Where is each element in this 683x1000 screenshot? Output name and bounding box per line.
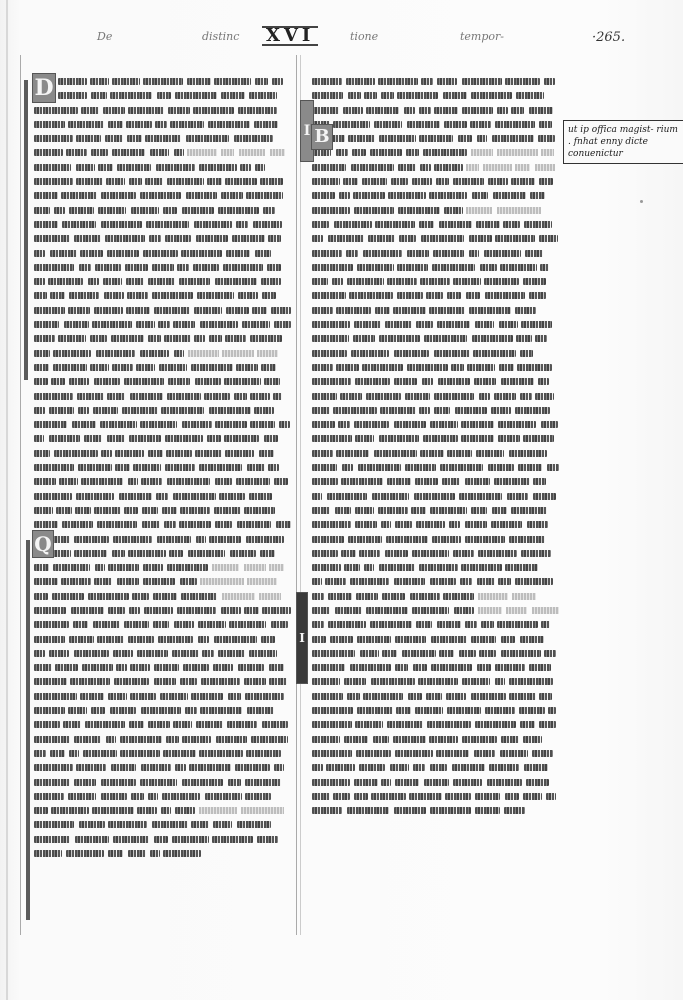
word <box>74 650 110 657</box>
page-edge <box>6 0 8 1000</box>
word <box>328 235 364 242</box>
word <box>142 507 158 514</box>
word <box>112 550 125 557</box>
word <box>124 378 164 385</box>
text-line <box>34 231 292 245</box>
word <box>380 407 415 414</box>
word <box>221 607 241 614</box>
word <box>312 335 349 342</box>
text-line <box>312 145 560 159</box>
word <box>177 264 189 271</box>
word <box>471 92 512 99</box>
word <box>254 407 274 414</box>
word <box>471 693 506 700</box>
word <box>440 464 483 471</box>
word <box>52 593 84 600</box>
text-line <box>34 145 292 159</box>
word <box>355 507 374 514</box>
word <box>34 707 65 714</box>
word <box>116 664 127 671</box>
word <box>63 721 81 728</box>
word <box>264 378 280 385</box>
word <box>128 550 165 557</box>
word <box>462 736 497 743</box>
word <box>225 335 245 342</box>
word <box>82 664 113 671</box>
word <box>179 521 211 528</box>
word <box>262 292 276 299</box>
word <box>374 121 403 128</box>
word <box>474 378 497 385</box>
word <box>54 207 65 214</box>
text-line <box>312 746 560 760</box>
word <box>238 107 277 114</box>
word <box>193 107 234 114</box>
word <box>218 207 259 214</box>
word <box>379 135 416 142</box>
word <box>130 393 164 400</box>
word <box>333 407 377 414</box>
text-line <box>34 131 292 145</box>
word <box>471 636 496 643</box>
word <box>229 621 265 628</box>
text-line <box>34 317 292 331</box>
word <box>245 779 280 786</box>
text-line <box>312 131 560 145</box>
word <box>79 821 105 828</box>
word <box>246 750 281 757</box>
text-line <box>34 346 292 360</box>
word <box>129 721 144 728</box>
word <box>55 664 78 671</box>
text-line <box>34 217 292 231</box>
word <box>148 793 158 800</box>
word <box>453 178 484 185</box>
word <box>143 78 183 85</box>
word <box>444 207 462 214</box>
word <box>227 721 256 728</box>
word <box>107 393 125 400</box>
word <box>419 107 430 114</box>
word <box>165 435 204 442</box>
word <box>244 678 266 685</box>
word <box>433 250 464 257</box>
word <box>476 221 499 228</box>
word <box>312 421 335 428</box>
word <box>209 407 251 414</box>
word <box>167 393 202 400</box>
word <box>125 264 149 271</box>
word <box>163 850 201 857</box>
word <box>407 364 448 371</box>
word <box>162 507 177 514</box>
word <box>163 750 196 757</box>
word <box>234 135 273 142</box>
text-line <box>312 474 560 488</box>
word <box>532 607 559 614</box>
text-line <box>34 260 292 274</box>
text-line <box>34 360 292 374</box>
word <box>191 821 209 828</box>
word <box>90 364 108 371</box>
word <box>224 435 259 442</box>
word <box>408 693 422 700</box>
text-line <box>34 689 292 703</box>
word <box>107 250 139 257</box>
word <box>34 378 48 385</box>
word <box>58 78 87 85</box>
word <box>113 650 134 657</box>
running-head-center-left: distinc <box>202 30 239 43</box>
word <box>161 407 204 414</box>
word <box>387 478 411 485</box>
word <box>250 421 275 428</box>
word <box>344 678 367 685</box>
word <box>74 736 101 743</box>
word <box>164 335 191 342</box>
word <box>145 135 181 142</box>
word <box>411 507 426 514</box>
word <box>222 593 256 600</box>
word <box>409 793 441 800</box>
word <box>194 335 204 342</box>
text-line <box>34 431 292 445</box>
word <box>236 364 258 371</box>
word <box>200 578 243 585</box>
word <box>431 664 472 671</box>
word <box>348 92 361 99</box>
word <box>97 521 138 528</box>
word <box>193 264 219 271</box>
word <box>539 178 554 185</box>
word <box>34 850 62 857</box>
word <box>312 664 345 671</box>
word <box>103 107 124 114</box>
word <box>259 450 274 457</box>
text-line <box>312 646 560 660</box>
word <box>34 464 74 471</box>
word <box>501 636 515 643</box>
word <box>359 550 380 557</box>
word <box>453 278 480 285</box>
word <box>181 250 222 257</box>
word <box>181 593 217 600</box>
word <box>74 779 96 786</box>
text-line <box>34 489 292 503</box>
word <box>129 435 161 442</box>
word <box>363 693 404 700</box>
word <box>477 664 491 671</box>
word <box>312 607 330 614</box>
word <box>247 464 265 471</box>
word <box>153 593 177 600</box>
word <box>34 207 50 214</box>
word <box>312 507 330 514</box>
word <box>34 693 77 700</box>
word <box>56 507 72 514</box>
word <box>348 135 374 142</box>
word <box>263 207 275 214</box>
word <box>406 149 419 156</box>
word <box>453 779 482 786</box>
word <box>179 278 210 285</box>
word <box>112 364 133 371</box>
word <box>466 164 478 171</box>
word <box>168 378 190 385</box>
word <box>108 607 124 614</box>
word <box>532 750 553 757</box>
word <box>497 149 538 156</box>
word <box>439 221 472 228</box>
text-line <box>34 817 292 831</box>
word <box>397 264 428 271</box>
word <box>548 707 556 714</box>
word <box>437 78 457 85</box>
text-line <box>312 160 560 174</box>
word <box>381 779 391 786</box>
word <box>495 664 524 671</box>
word <box>191 693 223 700</box>
word <box>342 464 353 471</box>
word <box>254 121 278 128</box>
word <box>105 135 123 142</box>
word <box>394 807 426 814</box>
word <box>186 192 218 199</box>
word <box>501 736 519 743</box>
word <box>101 450 112 457</box>
word <box>422 378 434 385</box>
word <box>451 364 464 371</box>
text-line <box>34 303 292 317</box>
word <box>336 307 371 314</box>
word <box>238 292 257 299</box>
word <box>108 693 126 700</box>
word <box>420 450 444 457</box>
word <box>128 107 164 114</box>
word <box>427 721 471 728</box>
word <box>413 764 426 771</box>
word <box>430 578 456 585</box>
word <box>34 235 70 242</box>
word <box>34 264 74 271</box>
word <box>431 636 467 643</box>
word <box>341 478 383 485</box>
word <box>343 107 363 114</box>
word <box>271 307 292 314</box>
word <box>399 235 415 242</box>
text-line <box>312 389 560 403</box>
word <box>143 578 175 585</box>
word <box>438 378 470 385</box>
word <box>200 321 238 328</box>
word <box>34 321 59 328</box>
word <box>34 107 78 114</box>
word <box>430 807 471 814</box>
word <box>347 278 384 285</box>
word <box>58 92 87 99</box>
word <box>520 721 534 728</box>
word <box>50 250 77 257</box>
word <box>50 750 65 757</box>
word <box>499 321 519 328</box>
word <box>445 793 471 800</box>
word <box>34 507 53 514</box>
word <box>148 450 162 457</box>
word <box>93 407 118 414</box>
text-line <box>34 517 292 531</box>
word <box>461 564 502 571</box>
word <box>158 636 193 643</box>
word <box>341 550 355 557</box>
word <box>259 593 282 600</box>
text-line <box>312 174 560 188</box>
word <box>34 821 74 828</box>
word <box>225 178 256 185</box>
word <box>149 235 161 242</box>
word <box>182 779 223 786</box>
word <box>143 564 164 571</box>
text-line <box>312 117 560 131</box>
word <box>398 164 417 171</box>
text-line <box>34 789 292 803</box>
word <box>34 650 45 657</box>
word <box>529 107 553 114</box>
word <box>352 149 366 156</box>
text-line <box>312 532 560 546</box>
word <box>312 393 337 400</box>
word <box>395 779 418 786</box>
word <box>34 278 45 285</box>
word <box>117 578 139 585</box>
word <box>174 350 185 357</box>
word <box>62 521 94 528</box>
word <box>328 593 352 600</box>
word <box>68 307 89 314</box>
text-line <box>34 417 292 431</box>
text-line <box>34 760 292 774</box>
word <box>241 807 284 814</box>
word <box>393 307 425 314</box>
word <box>474 750 496 757</box>
word <box>416 521 445 528</box>
word <box>213 664 232 671</box>
text-line <box>34 446 292 460</box>
word <box>353 192 385 199</box>
word <box>420 278 450 285</box>
word <box>382 593 405 600</box>
word <box>129 178 141 185</box>
word <box>479 650 496 657</box>
running-head-left: De <box>97 30 112 43</box>
word <box>34 250 45 257</box>
word <box>91 707 105 714</box>
word <box>212 836 253 843</box>
word <box>236 478 270 485</box>
word <box>108 121 123 128</box>
word <box>312 550 338 557</box>
word <box>34 350 50 357</box>
word <box>516 335 532 342</box>
word <box>544 78 555 85</box>
word <box>92 321 132 328</box>
word <box>356 750 391 757</box>
word <box>140 779 178 786</box>
word <box>475 721 516 728</box>
word <box>385 550 408 557</box>
word <box>153 621 169 628</box>
word <box>530 192 546 199</box>
word <box>213 821 232 828</box>
word <box>540 264 549 271</box>
word <box>257 836 279 843</box>
word <box>394 578 425 585</box>
word <box>188 550 225 557</box>
word <box>469 235 492 242</box>
word <box>272 78 283 85</box>
word <box>447 707 481 714</box>
text-line <box>34 532 292 546</box>
word <box>262 721 289 728</box>
word <box>421 235 465 242</box>
word <box>34 335 55 342</box>
text-line <box>312 374 560 388</box>
word <box>53 350 92 357</box>
word <box>519 707 545 714</box>
manuscript-page: De distinc tione tempor- XVI ·265. D Q I… <box>0 0 683 1000</box>
text-line <box>312 546 560 560</box>
word <box>359 764 386 771</box>
word <box>334 221 372 228</box>
running-head-right: tempor- <box>460 30 504 43</box>
word <box>195 378 221 385</box>
word <box>370 149 402 156</box>
word <box>90 335 107 342</box>
word <box>198 621 226 628</box>
word <box>541 149 554 156</box>
word <box>469 307 511 314</box>
word <box>98 207 126 214</box>
word <box>379 335 419 342</box>
word <box>141 764 171 771</box>
word <box>245 793 271 800</box>
text-line <box>34 103 292 117</box>
word <box>70 678 110 685</box>
word <box>385 321 412 328</box>
word <box>487 779 522 786</box>
word <box>205 793 242 800</box>
word <box>390 764 408 771</box>
text-line <box>34 660 292 674</box>
word <box>166 450 192 457</box>
word <box>394 421 427 428</box>
word <box>196 235 228 242</box>
word <box>235 764 271 771</box>
word <box>535 164 556 171</box>
word <box>395 750 432 757</box>
word <box>312 378 351 385</box>
word <box>478 607 502 614</box>
word <box>471 149 493 156</box>
word <box>209 335 222 342</box>
word <box>416 621 432 628</box>
text-line <box>312 603 560 617</box>
word <box>335 607 362 614</box>
word <box>71 607 104 614</box>
text-line <box>34 846 292 860</box>
word <box>101 221 142 228</box>
word <box>196 536 206 543</box>
word <box>152 264 173 271</box>
